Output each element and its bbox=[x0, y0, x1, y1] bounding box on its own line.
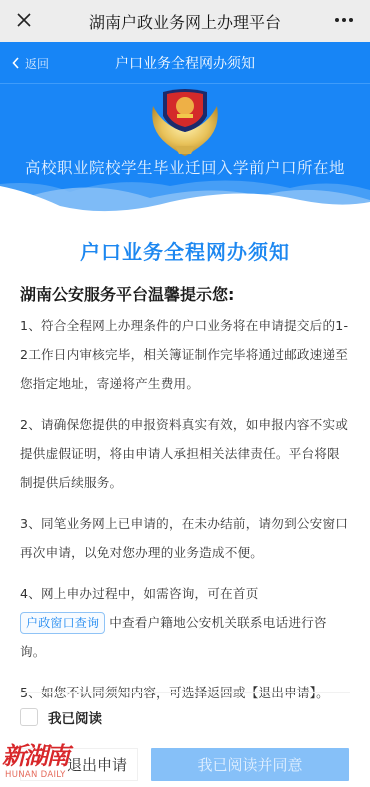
nav-bar: 返回 户口业务全程网办须知 bbox=[0, 42, 370, 84]
greeting-text: 湖南公安服务平台温馨提示您: bbox=[20, 282, 370, 305]
notice-item-2: 2、请确保您提供的申报资料真实有效，如申报内容不实或提供虚假证明，将由申请人承担… bbox=[20, 410, 350, 497]
notice-content: 户口业务全程网办须知 湖南公安服务平台温馨提示您: 1、符合全程网上办理条件的户… bbox=[0, 222, 370, 707]
household-office-query-button[interactable]: 户政窗口查询 bbox=[20, 612, 105, 634]
notice-item-1: 1、符合全程网上办理条件的户口业务将在申请提交后的1-2工作日内审核完毕，相关簿… bbox=[20, 311, 350, 398]
page-heading: 户口业务全程网办须知 bbox=[0, 236, 370, 265]
notice-item-4: 4、网上申办过程中，如需咨询，可在首页 户政窗口查询中查看户籍地公安机关联系电话… bbox=[20, 579, 350, 666]
wave-decoration bbox=[0, 172, 370, 222]
watermark-logo: 新湖南 bbox=[2, 742, 82, 770]
read-confirm-row[interactable]: 我已阅读 bbox=[20, 706, 102, 728]
back-button[interactable]: 返回 bbox=[12, 53, 49, 73]
police-emblem-icon bbox=[145, 86, 225, 158]
read-checkbox-label: 我已阅读 bbox=[48, 707, 102, 727]
agree-button[interactable]: 我已阅读并同意 bbox=[151, 748, 349, 781]
window-title: 湖南户政业务网上办理平台 bbox=[89, 10, 281, 33]
back-label: 返回 bbox=[25, 55, 49, 72]
watermark-subtext: HUNAN DAILY bbox=[5, 770, 82, 780]
notice-item-4-lead: 4、网上申办过程中，如需咨询，可在首页 bbox=[20, 586, 259, 601]
nav-title: 户口业务全程网办须知 bbox=[115, 53, 255, 73]
hero-banner: 返回 户口业务全程网办须知 高校职业院校学生毕业迁回入学前户口所在地 bbox=[0, 42, 370, 222]
wechat-title-bar: 湖南户政业务网上办理平台 bbox=[0, 0, 370, 42]
chevron-left-icon bbox=[12, 57, 20, 69]
divider bbox=[20, 692, 350, 693]
more-icon[interactable] bbox=[332, 10, 356, 30]
hunan-daily-watermark: 新湖南 HUNAN DAILY bbox=[2, 742, 82, 786]
read-checkbox[interactable] bbox=[20, 708, 38, 726]
close-icon[interactable] bbox=[12, 8, 36, 32]
notice-item-3: 3、同笔业务网上已申请的，在未办结前，请勿到公安窗口再次申请，以免对您办理的业务… bbox=[20, 509, 350, 567]
